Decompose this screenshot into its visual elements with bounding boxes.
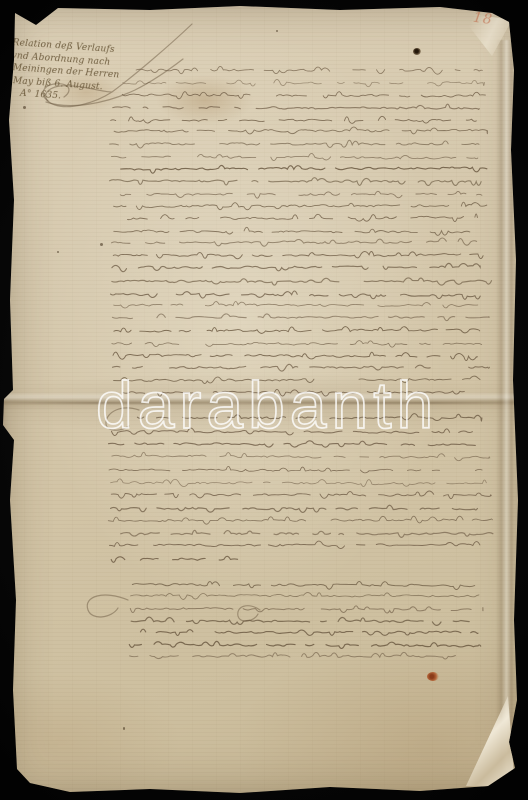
paper-speck (276, 30, 278, 32)
paper-speck (23, 106, 26, 109)
auction-watermark: darabanth (96, 372, 438, 442)
document-photo: Relation deß Verlaufs vnd Abordnung nach… (0, 0, 528, 800)
folio-number: 18 (472, 10, 494, 29)
ink-flourishes (43, 24, 260, 621)
rust-spot (427, 672, 439, 681)
paper-speck (100, 243, 103, 246)
marginal-note: Relation deß Verlaufs vnd Abordnung nach… (9, 37, 135, 108)
paper-speck (123, 727, 125, 730)
ink-blot (413, 48, 421, 55)
paper-speck (57, 251, 59, 253)
handwritten-text-lines (108, 66, 498, 659)
